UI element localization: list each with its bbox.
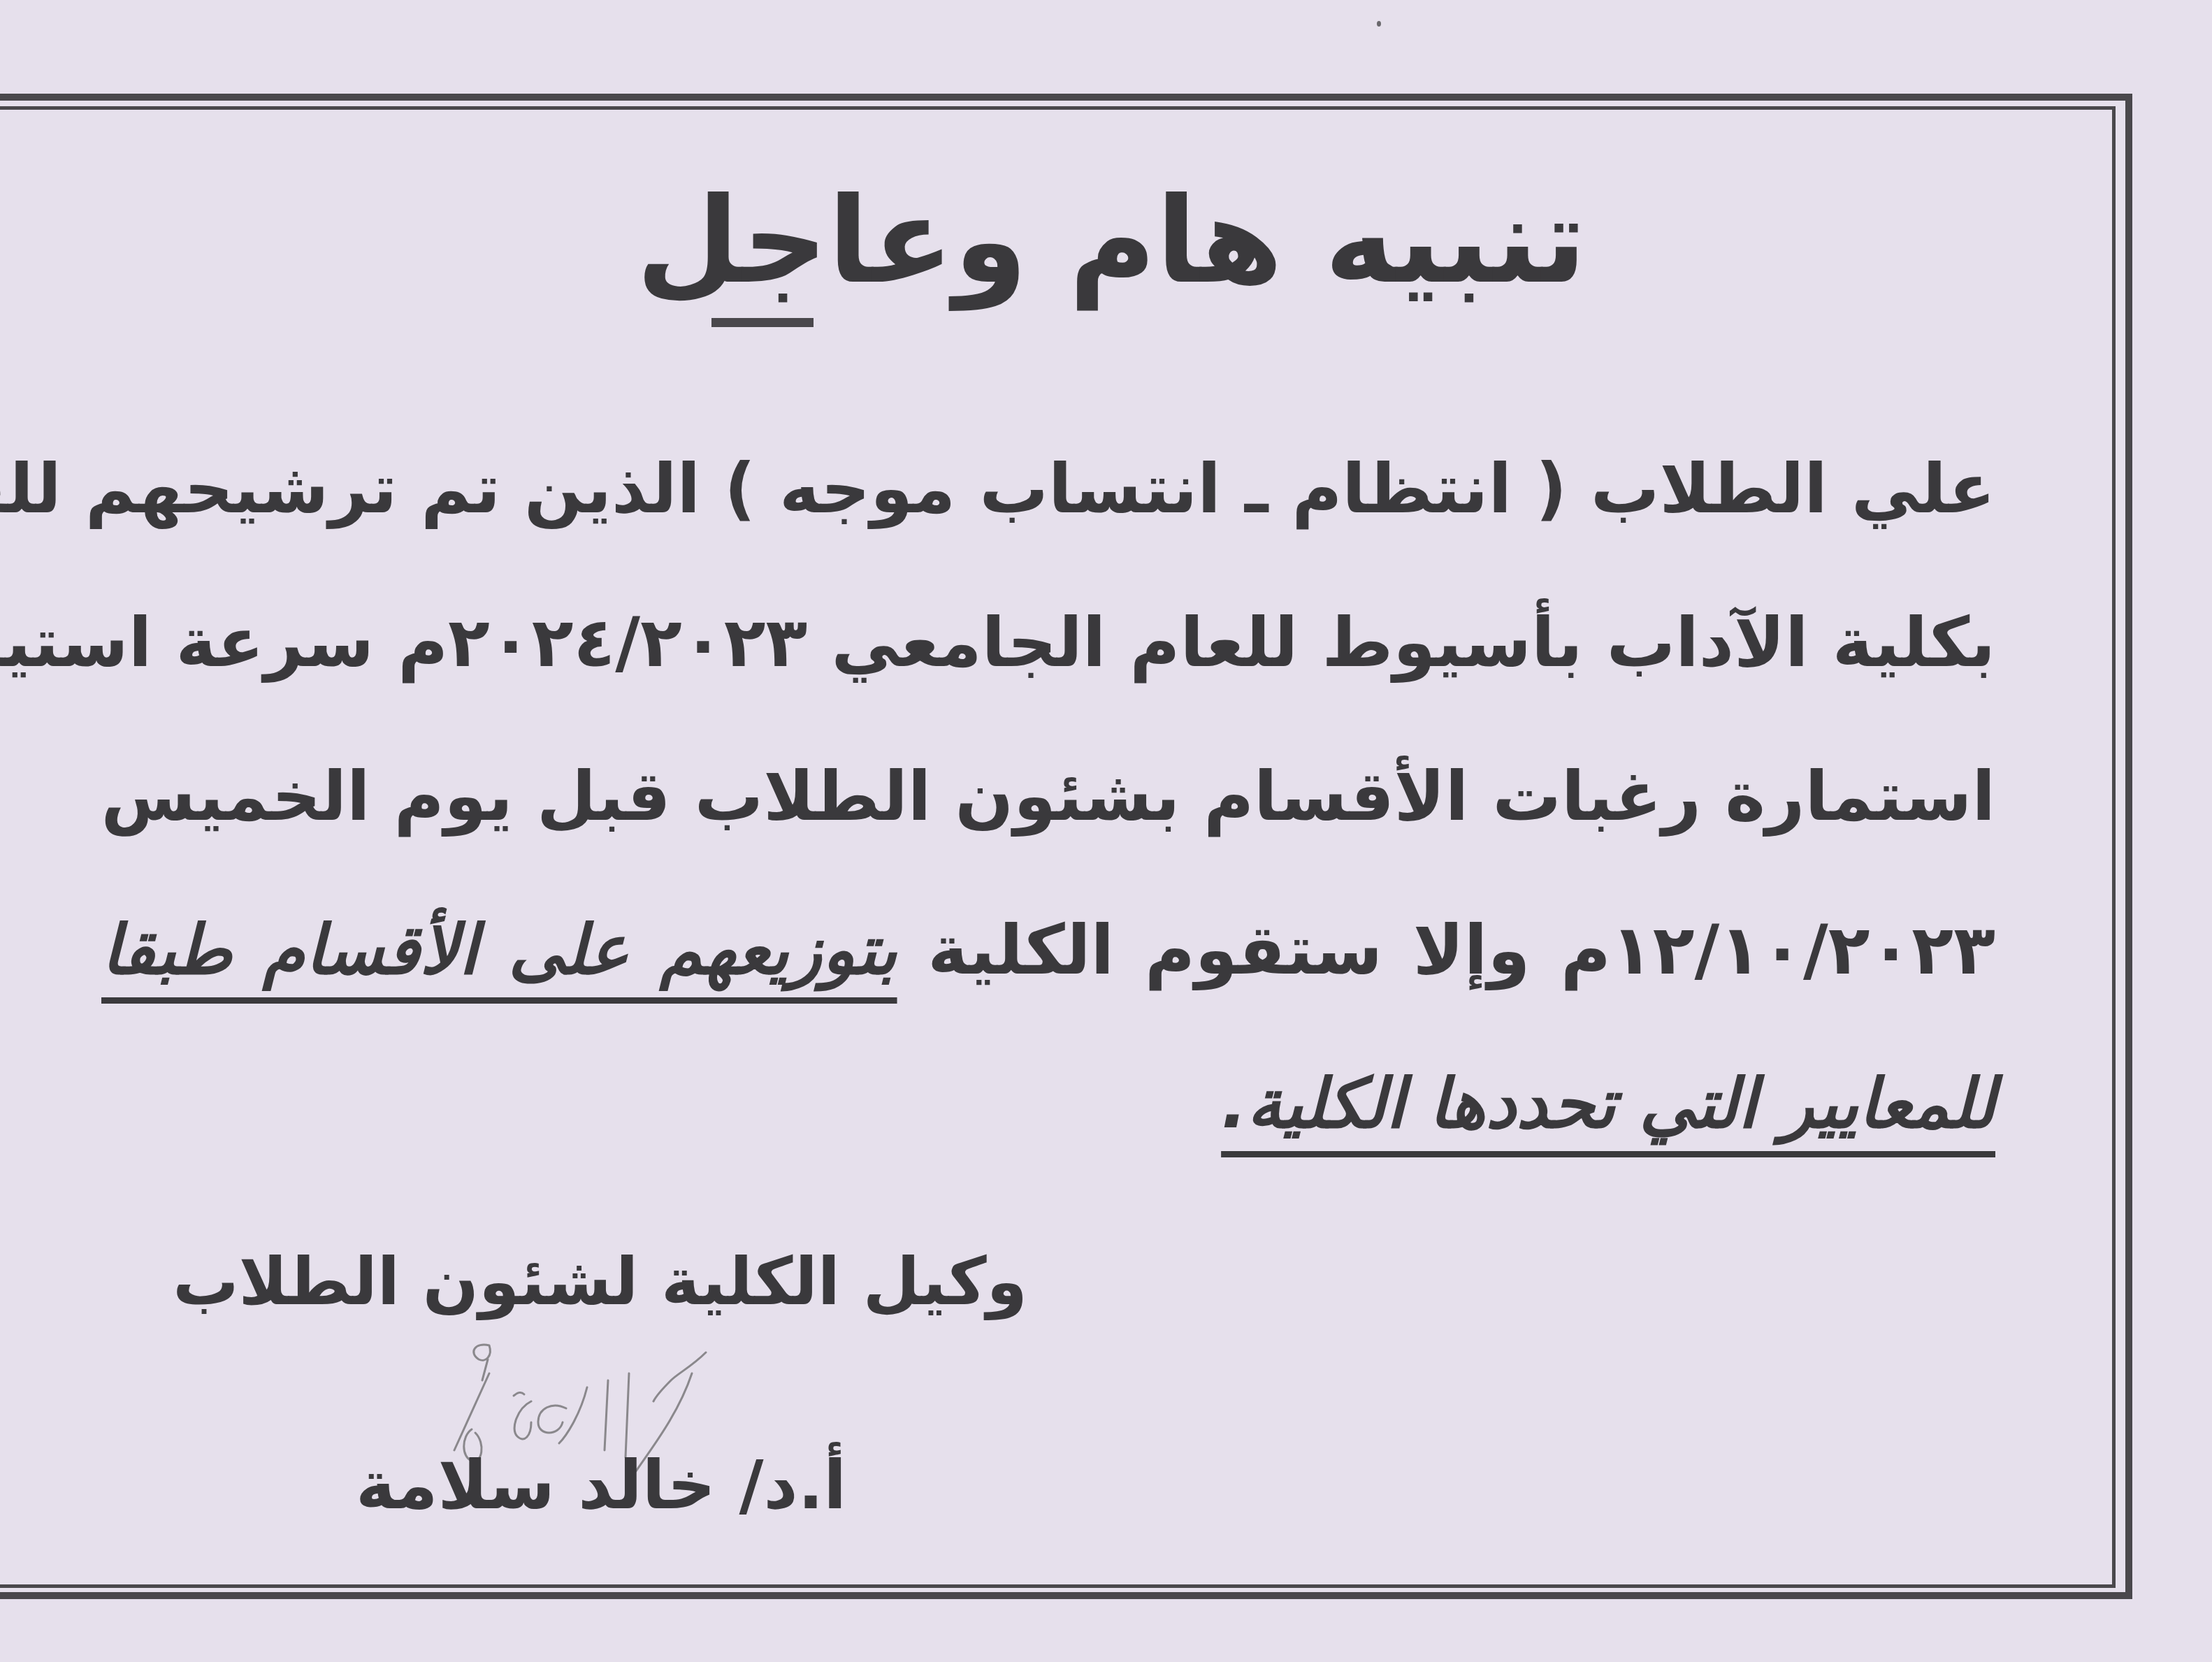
signatory-name: أ.د/ خالد سلامة [349,1436,853,1534]
body-line-3: استمارة رغبات الأقسام بشئون الطلاب قبل ي… [101,748,1995,846]
body-line-5: للمعايير التي تحددها الكلية. [1185,1055,1995,1153]
page-border-inner [0,106,2116,1588]
notice-title: تنبيه هام وعاجل [720,164,1586,318]
body-line-4-start: ١٢/١٠/٢٠٢٣م وإلا ستقوم الكلية [927,911,1995,990]
body-line-4: ١٢/١٠/٢٠٢٣م وإلا ستقوم الكلية بتوزيعهم ع… [101,902,1995,999]
scanned-notice-page: { "document": { "type": "scanned officia… [0,0,2212,1662]
emphasized-distribution-text: بتوزيعهم على الأقسام طبقا [101,911,897,990]
body-line-1: علي الطلاب ( انتظام ـ انتساب موجه ) الذي… [101,440,1995,538]
body-line-2: بكلية الآداب بأسيوط للعام الجامعي ٢٠٢٤/٢… [101,594,1995,692]
scan-speck [1377,21,1381,27]
title-underline [711,318,814,327]
emphasized-criteria-text: للمعايير التي تحددها الكلية. [1221,1064,1995,1144]
signatory-title: وكيل الكلية لشئون الطلاب [266,1234,1027,1331]
